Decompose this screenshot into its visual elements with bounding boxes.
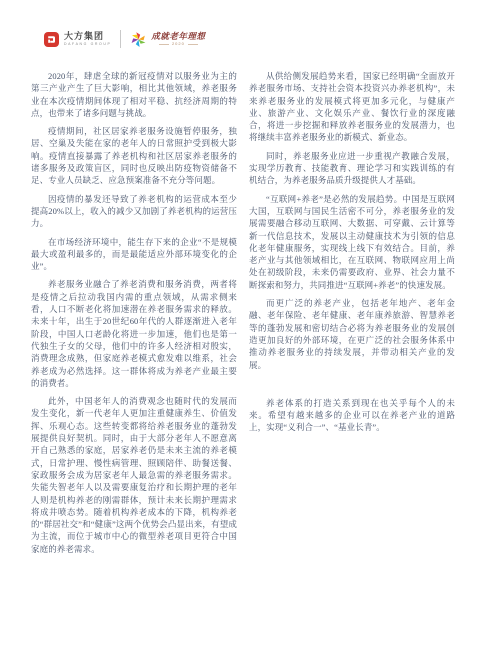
paragraph: 同时，养老服务业应进一步重视产教融合发展，实现学历教育、技能教育、理论学习和实践… — [249, 150, 455, 187]
paragraph: 从供给侧发展趋势来看，国家已经明确“全面放开养老服务市场、支持社会资本投资兴办养… — [249, 70, 455, 144]
brand-name: 大方集团 — [64, 32, 111, 41]
paragraph: “互联网+养老”是必然的发展趋势。中国是互联网大国，互联网与国民生活密不可分，养… — [249, 193, 455, 291]
left-column: 2020年，肆虐全球的新冠疫情对以服务业为主的第三产业产生了巨大影响，相比其他领… — [31, 70, 237, 561]
dafang-group-logo: 大方集团 DAFANG GROUP — [44, 32, 111, 47]
logo-divider — [120, 30, 121, 48]
paragraph: 养老服务业融合了养老消费和服务消费，两者将是疫情之后拉动我国内需的重点领域，从需… — [31, 278, 237, 389]
paragraph: 而更广泛的养老产业，包括老年地产、老年金融、老年保险、老年健康、老年康养旅游、智… — [249, 297, 455, 371]
dafang-logo-icon — [44, 32, 59, 47]
right-column: 从供给侧发展趋势来看，国家已经明确“全面放开养老服务市场、支持社会资本投资兴办养… — [249, 70, 455, 561]
star-pinwheel-icon — [130, 31, 147, 48]
paragraph: 此外，中国老年人的消费观念也随时代的发展而发生变化，新一代老年人更加注重健康养生… — [31, 395, 237, 555]
paragraph: 在市场经济环境中，能生存下来的企业“不是规模最大或盈利最多的，而是最能适应外部环… — [31, 236, 237, 273]
paragraph: 2020年，肆虐全球的新冠疫情对以服务业为主的第三产业产生了巨大影响，相比其他领… — [31, 70, 237, 119]
article-body: 2020年，肆虐全球的新冠疫情对以服务业为主的第三产业产生了巨大影响，相比其他领… — [31, 70, 455, 561]
event-logo-text: 成就老年理想 — [151, 32, 205, 41]
paragraph: 疫情期间，社区居家养老服务设施暂停服务，独居、空巢及失能在家的老年人的日常照护受… — [31, 125, 237, 186]
event-logo-year: 2020 — [151, 42, 205, 46]
page-header: 大方集团 DAFANG GROUP 成就老 — [44, 30, 205, 48]
dafang-logo-text: 大方集团 DAFANG GROUP — [64, 32, 111, 47]
document-page: 大方集团 DAFANG GROUP 成就老 — [0, 0, 480, 651]
event-logo-text-wrap: 成就老年理想 2020 — [151, 32, 205, 47]
brand-subname: DAFANG GROUP — [64, 43, 111, 47]
event-logo: 成就老年理想 2020 — [130, 31, 205, 48]
paragraph: 因疫情的暴发还导致了养老机构的运营成本至少提高20%以上，收入的减少又加剧了养老… — [31, 193, 237, 230]
closing-paragraph: 养老体系的打造关系到现在也关乎每个人的未来。希望有越来越多的企业可以在养老产业的… — [249, 397, 455, 434]
